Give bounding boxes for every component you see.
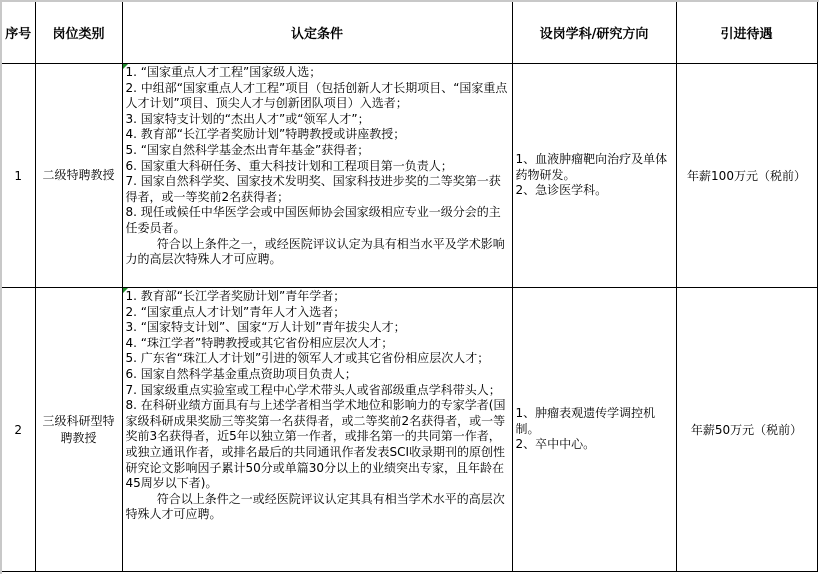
discipline-item: 2、卒中中心。: [516, 437, 673, 453]
criteria-item: 1. “国家重点人才工程”国家级人选；: [126, 65, 509, 81]
cell-position-type[interactable]: 三级科研型特聘教授: [35, 288, 122, 572]
criteria-item: 4. “珠江学者”特聘教授或其它省份相应层次人才；: [126, 336, 509, 352]
discipline-item: 1、肿瘤表观遗传学调控机制。: [516, 406, 673, 437]
discipline-item: 1、血液肿瘤靶向治疗及单体药物研发。: [516, 152, 673, 183]
cell-position-type[interactable]: 二级特聘教授: [35, 64, 122, 288]
header-treatment[interactable]: 引进待遇: [676, 2, 817, 64]
header-discipline[interactable]: 设岗学科/研究方向: [512, 2, 676, 64]
criteria-item: 2. 中组部“国家重点人才工程”项目（包括创新人才长期项目、“国家重点人才计划”…: [126, 81, 509, 112]
discipline-item: 2、急诊医学科。: [516, 183, 673, 199]
criteria-item: 7. 国家级重点实验室或工程中心学术带头人或省部级重点学科带头人；: [126, 383, 509, 399]
cell-index[interactable]: 1: [2, 64, 35, 288]
recruitment-table: 序号 岗位类别 认定条件 设岗学科/研究方向 引进待遇 1 二级特聘教授 1. …: [2, 2, 818, 572]
criteria-item: 3. 国家特支计划的“杰出人才”或“领军人才”；: [126, 112, 509, 128]
cell-treatment[interactable]: 年薪50万元（税前）: [676, 288, 817, 572]
criteria-note: 符合以上条件之一或经医院评议认定其具有相当学术水平的高层次特殊人才可应聘。: [126, 492, 509, 523]
header-position-type[interactable]: 岗位类别: [35, 2, 122, 64]
cell-discipline[interactable]: 1、肿瘤表观遗传学调控机制。 2、卒中中心。: [512, 288, 676, 572]
spreadsheet-view: 序号 岗位类别 认定条件 设岗学科/研究方向 引进待遇 1 二级特聘教授 1. …: [0, 0, 819, 574]
criteria-item: 1. 教育部“长江学者奖励计划”青年学者；: [126, 289, 509, 305]
criteria-item: 7. 国家自然科学奖、国家技术发明奖、国家科技进步奖的二等奖第一获得者，或一等奖…: [126, 174, 509, 205]
cell-criteria[interactable]: 1. 教育部“长江学者奖励计划”青年学者； 2. “国家重点人才计划”青年人才入…: [122, 288, 512, 572]
criteria-item: 2. “国家重点人才计划”青年人才入选者；: [126, 305, 509, 321]
criteria-note: 符合以上条件之一，或经医院评议认定为具有相当水平及学术影响力的高层次特殊人才可应…: [126, 237, 509, 268]
criteria-item: 3. “国家特支计划”、国家“万人计划”青年拔尖人才；: [126, 320, 509, 336]
criteria-item: 6. 国家自然科学基金重点资助项目负责人；: [126, 367, 509, 383]
cell-discipline[interactable]: 1、血液肿瘤靶向治疗及单体药物研发。 2、急诊医学科。: [512, 64, 676, 288]
criteria-item: 6. 国家重大科研任务、重大科技计划和工程项目第一负责人；: [126, 159, 509, 175]
cell-treatment[interactable]: 年薪100万元（税前）: [676, 64, 817, 288]
cell-criteria[interactable]: 1. “国家重点人才工程”国家级人选； 2. 中组部“国家重点人才工程”项目（包…: [122, 64, 512, 288]
criteria-item: 4. 教育部“长江学者奖励计划”特聘教授或讲座教授；: [126, 127, 509, 143]
header-criteria[interactable]: 认定条件: [122, 2, 512, 64]
comment-marker-icon: [123, 64, 128, 69]
cell-index[interactable]: 2: [2, 288, 35, 572]
table-row: 1 二级特聘教授 1. “国家重点人才工程”国家级人选； 2. 中组部“国家重点…: [2, 64, 817, 288]
criteria-item: 8. 现任或候任中华医学会或中国医师协会国家级相应专业一级分会的主任委员者。: [126, 205, 509, 236]
criteria-item: 8. 在科研业绩方面具有与上述学者相当学术地位和影响力的专家学者(国家级科研成果…: [126, 398, 509, 492]
criteria-item: 5. 广东省“珠江人才计划”引进的领军人才或其它省份相应层次人才；: [126, 351, 509, 367]
criteria-item: 5. “国家自然科学基金杰出青年基金”获得者；: [126, 143, 509, 159]
header-row: 序号 岗位类别 认定条件 设岗学科/研究方向 引进待遇: [2, 2, 817, 64]
header-index[interactable]: 序号: [2, 2, 35, 64]
comment-marker-icon: [123, 288, 128, 293]
table-row: 2 三级科研型特聘教授 1. 教育部“长江学者奖励计划”青年学者； 2. “国家…: [2, 288, 817, 572]
